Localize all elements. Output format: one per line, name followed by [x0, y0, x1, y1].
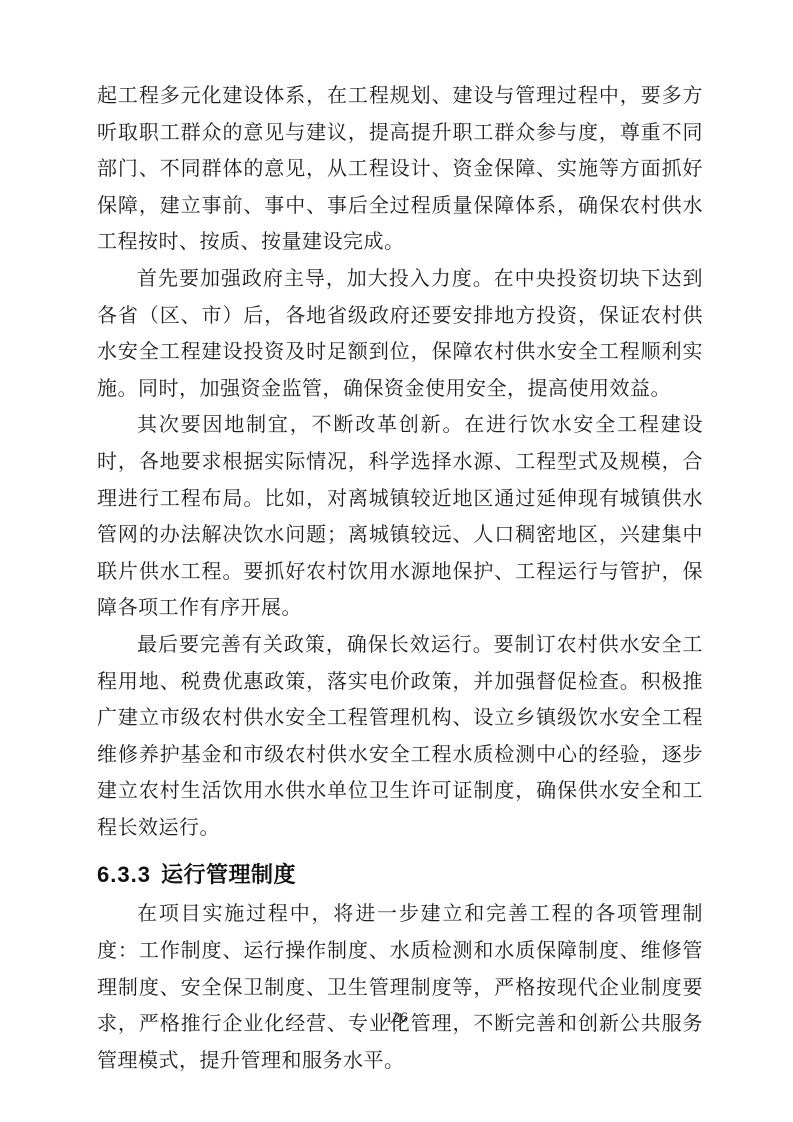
page-content: 起工程多元化建设体系，在工程规划、建设与管理过程中，要多方听取职工群众的意见与建…: [97, 78, 703, 1079]
section-heading: 6.3.3运行管理制度: [97, 860, 703, 890]
paragraph-continuation: 起工程多元化建设体系，在工程规划、建设与管理过程中，要多方听取职工群众的意见与建…: [97, 78, 703, 261]
document-page: 起工程多元化建设体系，在工程规划、建设与管理过程中，要多方听取职工群众的意见与建…: [0, 0, 793, 1122]
paragraph-local-adaptation: 其次要因地制宜，不断改革创新。在进行饮水安全工程建设时，各地要求根据实际情况，科…: [97, 407, 703, 627]
paragraph-operation-management: 在项目实施过程中，将进一步建立和完善工程的各项管理制度：工作制度、运行操作制度、…: [97, 896, 703, 1079]
paragraph-policy-improvement: 最后要完善有关政策，确保长效运行。要制订农村供水安全工程用地、税费优惠政策，落实…: [97, 627, 703, 847]
page-number: 126: [0, 1010, 793, 1027]
paragraph-government-leadership: 首先要加强政府主导，加大投入力度。在中央投资切块下达到各省（区、市）后，各地省级…: [97, 261, 703, 407]
section-title: 运行管理制度: [161, 862, 296, 887]
section-number: 6.3.3: [97, 862, 151, 887]
